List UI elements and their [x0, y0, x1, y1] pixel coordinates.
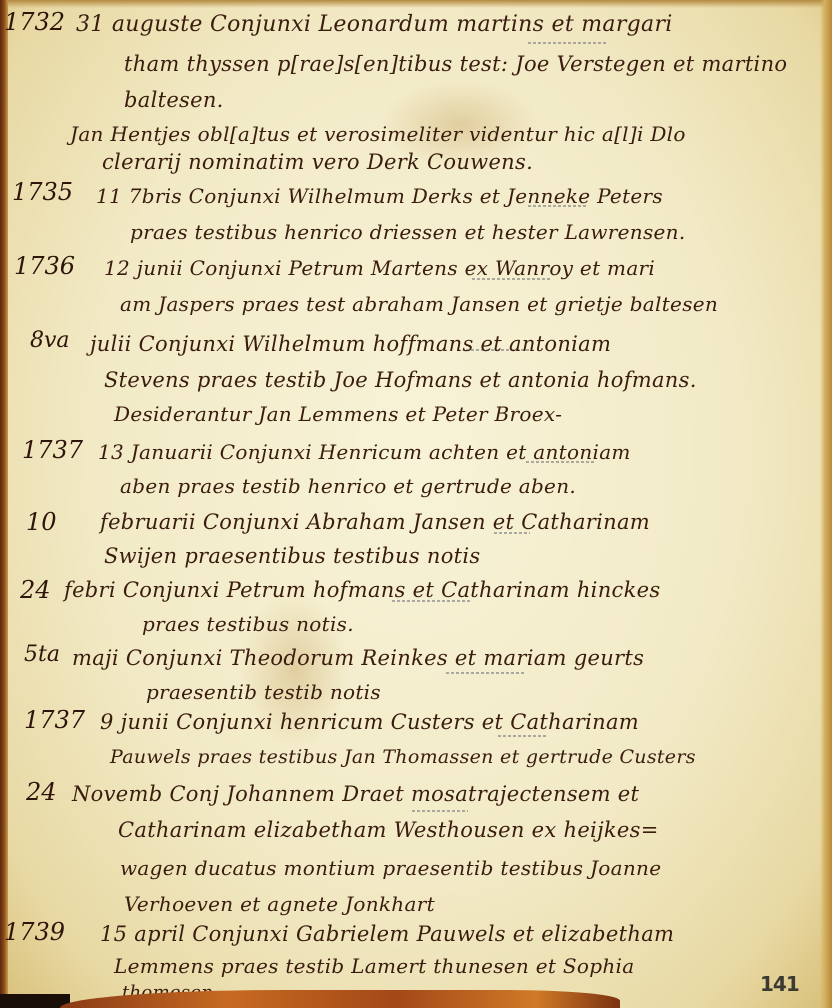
entry-line: Lemmens praes testib Lamert thunesen et …	[114, 954, 634, 978]
margin-year: 1739	[4, 918, 65, 946]
page-right-edge	[820, 0, 832, 1008]
entry-line: baltesen.	[124, 88, 224, 112]
entry-line: Verhoeven et agnete Jonkhart	[124, 892, 435, 916]
margin-day: 24	[26, 778, 57, 806]
name-underline-mark	[528, 42, 606, 44]
entry-line: Jan Hentjes obl[a]tus et verosimeliter v…	[70, 122, 686, 146]
entry-line: tham thyssen p[rae]s[en]tibus test: Joe …	[124, 52, 787, 76]
binding-edge	[0, 0, 8, 1008]
entry-line: 31 auguste Conjunxi Leonardum martins et…	[76, 12, 673, 37]
entry-line: febri Conjunxi Petrum hofmans et Cathari…	[64, 578, 660, 602]
entry-line: aben praes testib henrico et gertrude ab…	[120, 474, 576, 498]
entry-line: Pauwels praes testibus Jan Thomassen et …	[110, 746, 696, 768]
margin-year: 1737	[24, 706, 85, 734]
entry-line: 15 april Conjunxi Gabrielem Pauwels et e…	[100, 922, 674, 946]
entry-line: Stevens praes testib Joe Hofmans et anto…	[104, 368, 697, 392]
entry-line: am Jaspers praes test abraham Jansen et …	[120, 292, 718, 316]
entry-line: clerarij nominatim vero Derk Couwens.	[102, 150, 533, 174]
entry-line: 11 7bris Conjunxi Wilhelmum Derks et Jen…	[96, 184, 663, 208]
entry-line: februarii Conjunxi Abraham Jansen et Cat…	[100, 510, 650, 534]
margin-year: 1732	[4, 8, 65, 36]
entry-line: Swijen praesentibus testibus notis	[104, 544, 480, 568]
entry-line: praesentib testib notis	[146, 680, 381, 704]
margin-year: 1735	[12, 178, 73, 206]
folio-number: 141	[760, 972, 799, 996]
entry-line: wagen ducatus montium praesentib testibu…	[120, 856, 661, 880]
page-top-edge	[0, 0, 832, 8]
margin-day: 24	[20, 576, 51, 604]
margin-year: 1737	[22, 436, 83, 464]
entry-line: praes testibus notis.	[142, 612, 354, 636]
entry-line: 13 Januarii Conjunxi Henricum achten et …	[98, 440, 631, 464]
entry-line: Desiderantur Jan Lemmens et Peter Broex-	[114, 402, 562, 426]
entry-line: 9 junii Conjunxi henricum Custers et Cat…	[100, 710, 639, 734]
name-underline-mark	[412, 810, 468, 812]
entry-line: julii Conjunxi Wilhelmum hoffmans et ant…	[90, 332, 611, 356]
margin-day: 8va	[30, 328, 70, 353]
entry-line: 12 junii Conjunxi Petrum Martens ex Wanr…	[104, 256, 655, 280]
entry-line: Novemb Conj Johannem Draet mosatrajecten…	[72, 782, 639, 806]
entry-line: Catharinam elizabetham Westhousen ex hei…	[118, 818, 659, 842]
margin-day: 5ta	[24, 642, 60, 667]
margin-day: 10	[26, 508, 57, 536]
register-page: 1732 31 auguste Conjunxi Leonardum marti…	[0, 0, 832, 1008]
entry-line: praes testibus henrico driessen et heste…	[130, 220, 686, 244]
name-underline-mark	[446, 672, 526, 674]
margin-year: 1736	[14, 252, 75, 280]
entry-line: maji Conjunxi Theodorum Reinkes et maria…	[72, 646, 644, 670]
name-underline-mark	[498, 735, 548, 737]
